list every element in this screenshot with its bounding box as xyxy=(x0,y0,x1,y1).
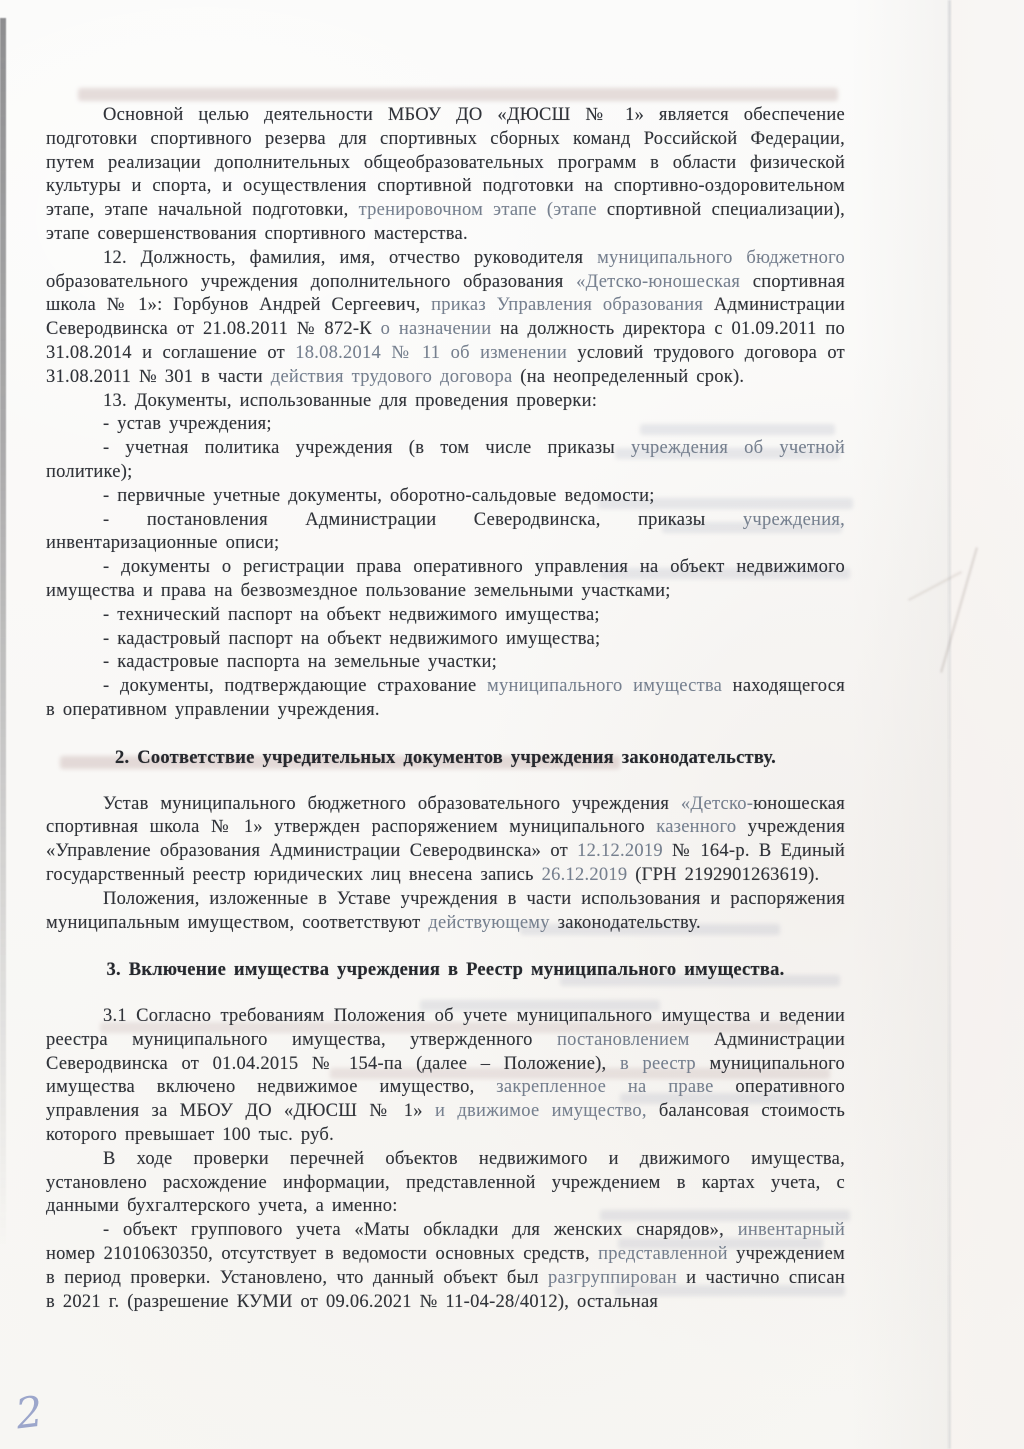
text-run: тренировочном этапе (этапе xyxy=(359,200,597,220)
text-run: (ГРН 2192901263619). xyxy=(627,865,819,885)
list-item: - кадастровые паспорта на земельные учас… xyxy=(46,651,845,675)
text-run: - учетная политика учреждения (в том чис… xyxy=(103,438,631,458)
body-paragraph: Положения, изложенные в Уставе учреждени… xyxy=(46,888,845,936)
text-run: - документы о регистрации права оператив… xyxy=(46,557,845,601)
text-run: 18.08.2014 № 11 об изменении xyxy=(295,343,567,363)
text-run: политике); xyxy=(46,462,133,482)
text-run: «Детско- xyxy=(681,794,753,814)
body-paragraph: 12. Должность, фамилия, имя, отчество ру… xyxy=(46,247,845,390)
text-run: разгруппирован xyxy=(548,1268,677,1288)
page-gutter-shading xyxy=(852,0,948,1449)
list-item: - постановления Администрации Северодвин… xyxy=(46,509,845,557)
text-run: муниципального имущества xyxy=(487,676,722,696)
text-run: - документы, подтверждающие страхование xyxy=(103,676,487,696)
text-run: учреждения об учетной xyxy=(631,438,845,458)
text-run: и движимое имущество, xyxy=(435,1101,647,1121)
text-run: инвентарный xyxy=(738,1220,845,1240)
text-run: - первичные учетные документы, оборотно-… xyxy=(103,486,655,506)
text-run: - кадастровые паспорта на земельные учас… xyxy=(103,652,497,672)
body-paragraph: В ходе проверки перечней объектов недвиж… xyxy=(46,1148,845,1219)
scan-edge-shadow xyxy=(0,18,6,1248)
text-run: 13. Документы, использованные для провед… xyxy=(103,391,597,411)
text-run: инвентаризационные описи; xyxy=(46,533,279,553)
body-paragraph: Устав муниципального бюджетного образова… xyxy=(46,793,845,888)
body-paragraph: 13. Документы, использованные для провед… xyxy=(46,390,845,414)
text-run: о назначении xyxy=(381,319,492,339)
text-run: - постановления Администрации Северодвин… xyxy=(103,510,743,530)
text-run: муниципального бюджетного xyxy=(597,248,845,268)
paper-fold-line xyxy=(948,0,951,1449)
text-run: закрепленное на праве xyxy=(496,1077,713,1097)
text-run: В ходе проверки перечней объектов недвиж… xyxy=(46,1149,845,1217)
text-run: постановлением xyxy=(557,1030,690,1050)
text-run: законодательству. xyxy=(550,913,701,933)
list-item: - первичные учетные документы, оборотно-… xyxy=(46,485,845,509)
text-run: действия трудового договора xyxy=(271,367,513,387)
body-paragraph: Основной целью деятельности МБОУ ДО «ДЮС… xyxy=(46,104,845,247)
text-run: в реестр xyxy=(620,1054,696,1074)
list-item: - устав учреждения; xyxy=(46,413,845,437)
handwritten-page-number: 2 xyxy=(14,1391,46,1436)
list-item: - технический паспорт на объект недвижим… xyxy=(46,604,845,628)
section-heading: 3. Включение имущества учреждения в Реес… xyxy=(46,959,845,983)
text-run: казенного xyxy=(656,817,736,837)
page-right-margin xyxy=(951,0,1024,1449)
text-run: 3. Включение имущества учреждения в Реес… xyxy=(107,960,785,980)
text-run: - кадастровый паспорт на объект недвижим… xyxy=(103,629,600,649)
text-run: 12.12.2019 xyxy=(577,841,663,861)
text-run: - устав учреждения; xyxy=(103,414,272,434)
list-item: - документы, подтверждающие страхование … xyxy=(46,675,845,723)
text-run: 26.12.2019 xyxy=(542,865,628,885)
text-run: «Детско-юношеская xyxy=(576,272,740,292)
text-run: (на неопределенный срок). xyxy=(512,367,744,387)
text-run: - технический паспорт на объект недвижим… xyxy=(103,605,600,625)
text-run: приказ Управления образования xyxy=(431,295,703,315)
scanned-document-page: Основной целью деятельности МБОУ ДО «ДЮС… xyxy=(0,0,1024,1449)
bleed-through-artifact xyxy=(78,88,838,101)
text-run: учреждения, xyxy=(743,510,845,530)
list-item: - учетная политика учреждения (в том чис… xyxy=(46,437,845,485)
text-run: действующему xyxy=(428,913,549,933)
text-column: Основной целью деятельности МБОУ ДО «ДЮС… xyxy=(46,104,845,1314)
text-run: - объект группового учета «Маты обкладки… xyxy=(103,1220,738,1240)
text-run: образовательного учреждения дополнительн… xyxy=(46,272,576,292)
list-item: - документы о регистрации права оператив… xyxy=(46,556,845,604)
text-run: 2. Соответствие учредительных документов… xyxy=(115,748,776,768)
section-heading: 2. Соответствие учредительных документов… xyxy=(46,747,845,771)
list-item: - объект группового учета «Маты обкладки… xyxy=(46,1219,845,1314)
list-item: - кадастровый паспорт на объект недвижим… xyxy=(46,628,845,652)
text-run: Устав муниципального бюджетного образова… xyxy=(103,794,681,814)
text-run: представленной xyxy=(598,1244,728,1264)
text-run: номер 21010630350, отсутствует в ведомос… xyxy=(46,1244,598,1264)
text-run: 12. Должность, фамилия, имя, отчество ру… xyxy=(103,248,597,268)
body-paragraph: 3.1 Согласно требованиям Положения об уч… xyxy=(46,1005,845,1148)
